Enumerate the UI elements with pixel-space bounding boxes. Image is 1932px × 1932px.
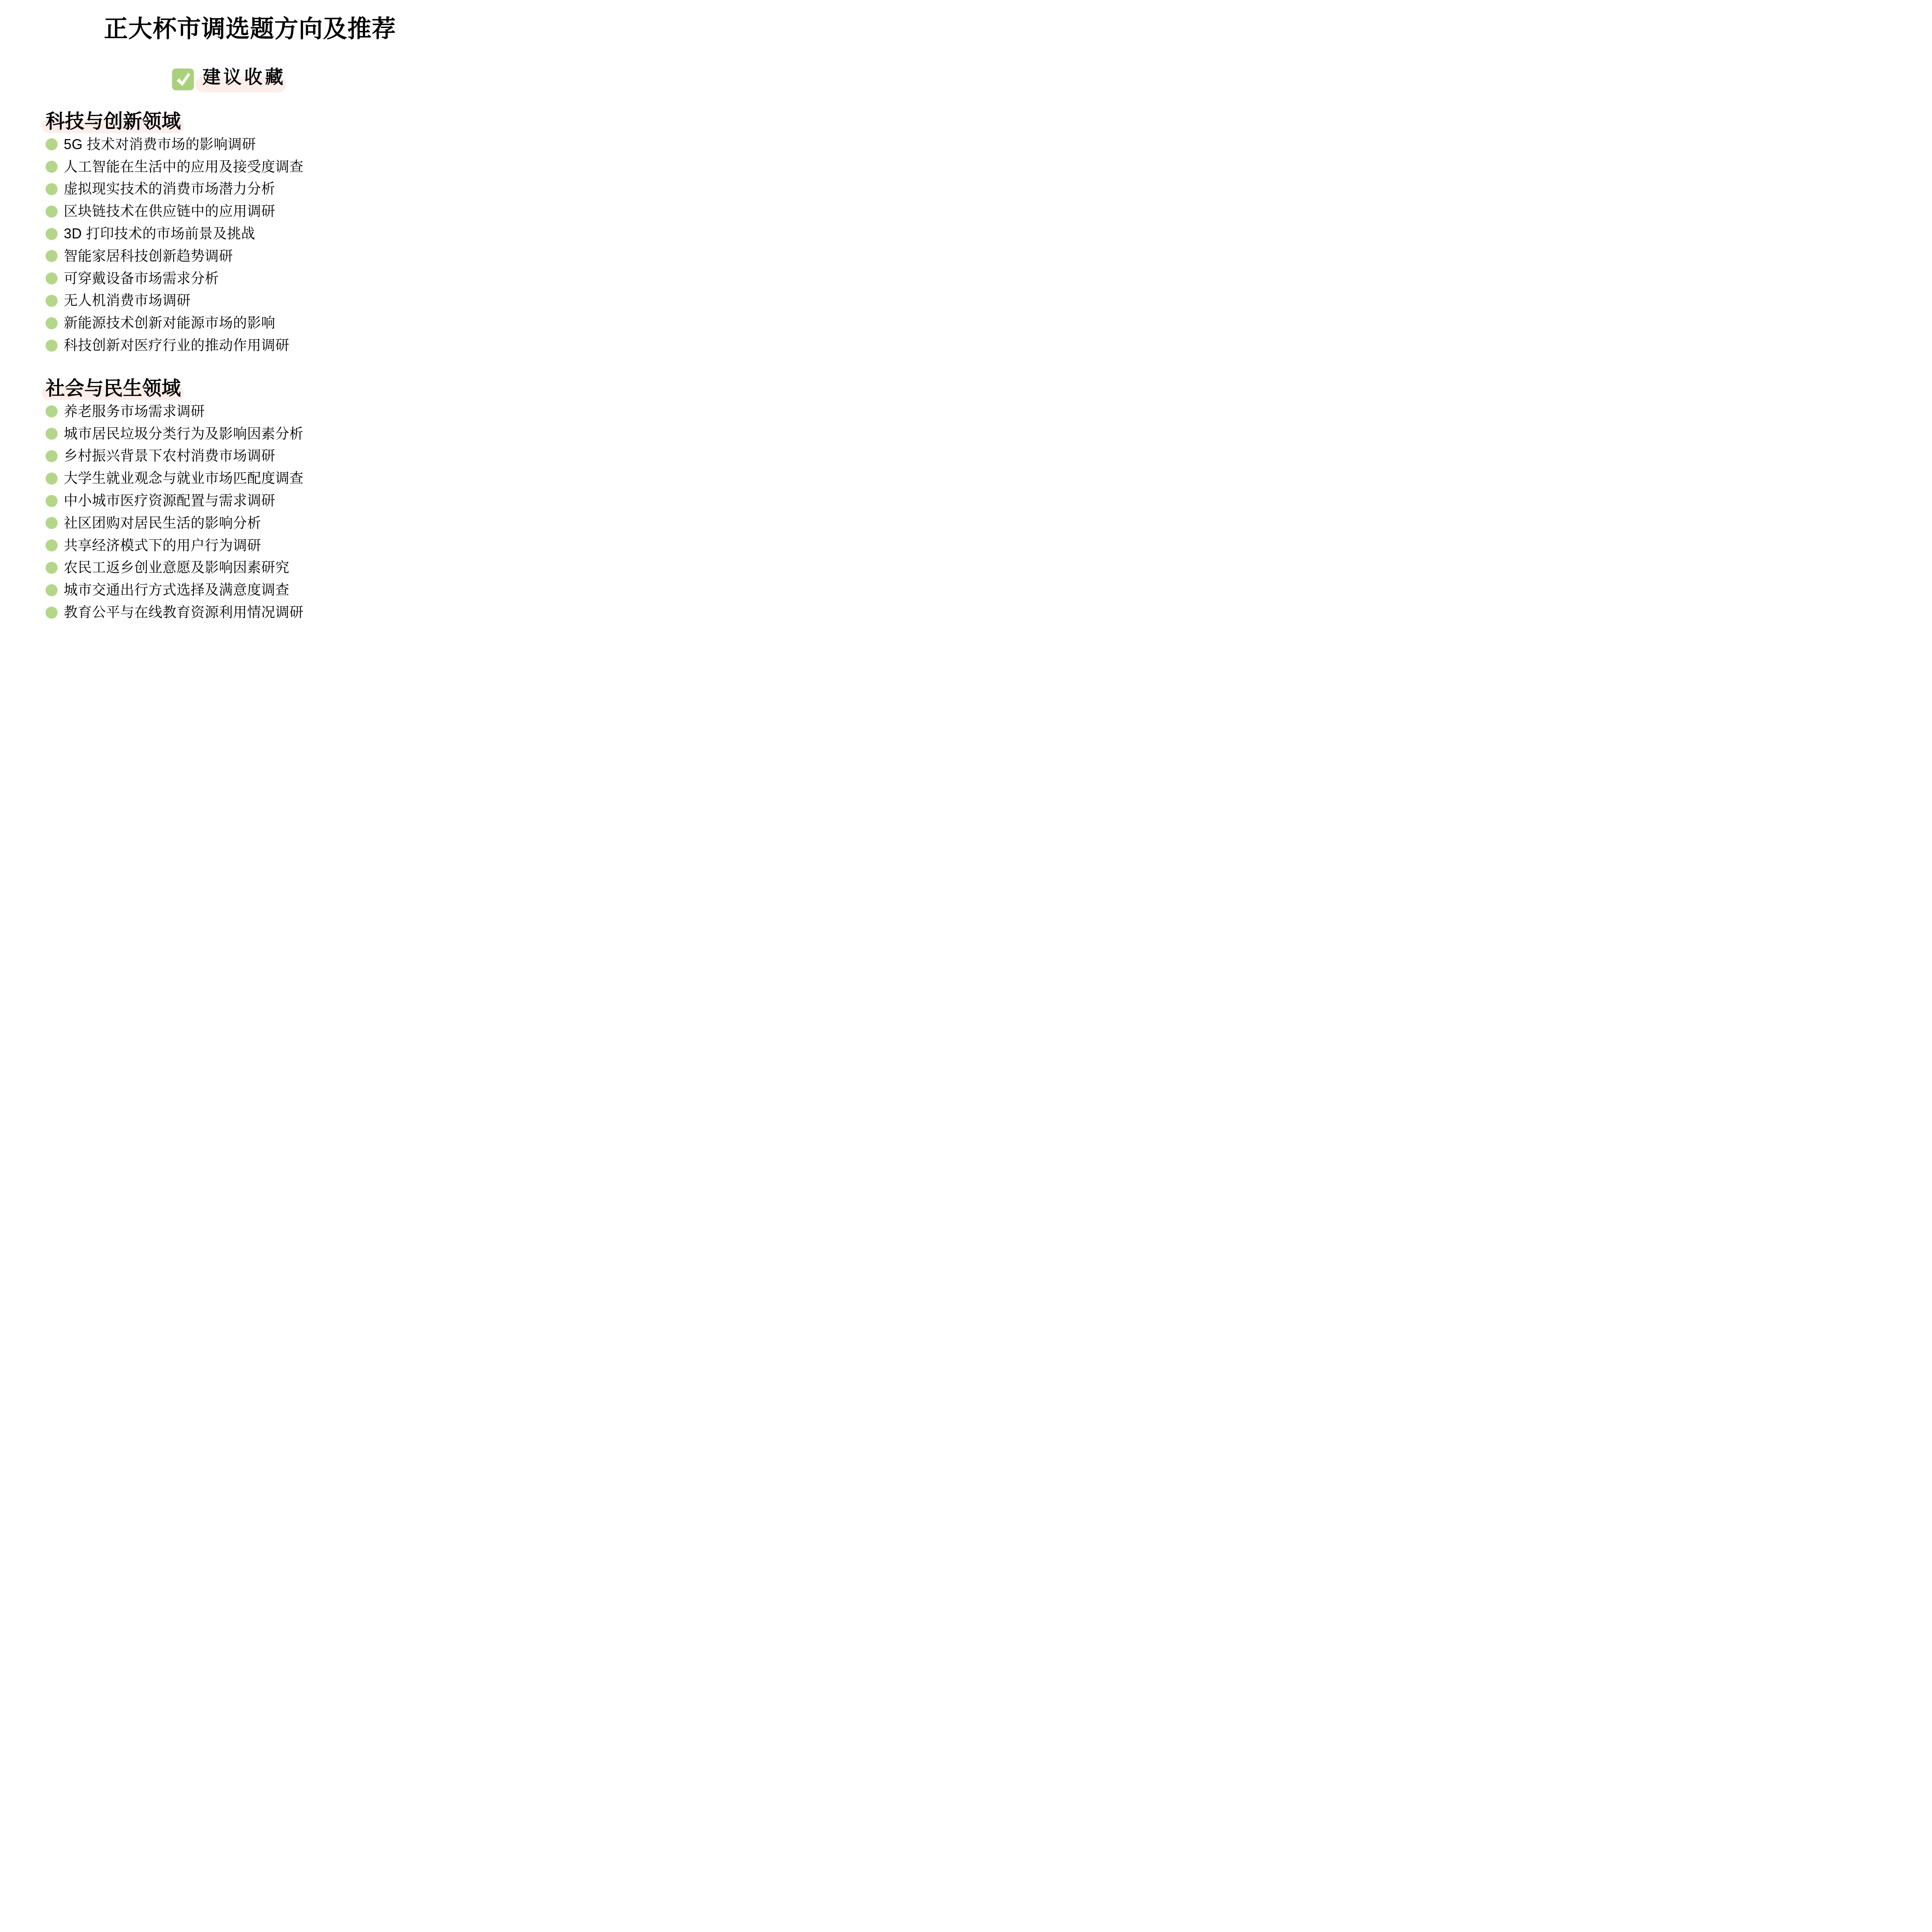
list-item: 共享经济模式下的用户行为调研 bbox=[46, 534, 500, 557]
list-item: 可穿戴设备市场需求分析 bbox=[46, 267, 500, 290]
bullet-icon bbox=[46, 495, 58, 507]
bullet-icon bbox=[46, 450, 58, 462]
list-item-text: 中小城市医疗资源配置与需求调研 bbox=[64, 494, 276, 508]
list-item: 区块链技术在供应链中的应用调研 bbox=[46, 200, 500, 223]
bullet-icon bbox=[46, 161, 58, 173]
list-item: 人工智能在生活中的应用及接受度调查 bbox=[46, 156, 500, 178]
list-item: 社区团购对居民生活的影响分析 bbox=[46, 512, 500, 534]
bookmark-badge: 建议收藏 bbox=[0, 68, 479, 92]
list-item-text: 养老服务市场需求调研 bbox=[64, 405, 205, 418]
section-title-society: 社会与民生领域 bbox=[46, 378, 181, 399]
bullet-icon bbox=[46, 562, 58, 574]
bullet-icon bbox=[46, 272, 58, 284]
list-item: 教育公平与在线教育资源利用情况调研 bbox=[46, 601, 500, 624]
bullet-icon bbox=[46, 405, 58, 417]
bullet-icon bbox=[46, 183, 58, 195]
list-item-text: 无人机消费市场调研 bbox=[64, 294, 191, 308]
list-item-text: 区块链技术在供应链中的应用调研 bbox=[64, 204, 276, 218]
bullet-icon bbox=[46, 250, 58, 262]
list-item: 城市居民垃圾分类行为及影响因素分析 bbox=[46, 423, 500, 445]
bullet-icon bbox=[46, 584, 58, 596]
bullet-icon bbox=[46, 473, 58, 485]
bookmark-badge-label: 建议收藏 bbox=[202, 67, 286, 86]
list-item-text: 乡村振兴背景下农村消费市场调研 bbox=[64, 449, 276, 463]
list-item: 大学生就业观念与就业市场匹配度调查 bbox=[46, 467, 500, 490]
list-item: 养老服务市场需求调研 bbox=[46, 400, 500, 423]
list-item: 中小城市医疗资源配置与需求调研 bbox=[46, 490, 500, 512]
list-item-text: 共享经济模式下的用户行为调研 bbox=[64, 539, 261, 553]
section-tech: 科技与创新领域 5G 技术对消费市场的影响调研 人工智能在生活中的应用及接受度调… bbox=[46, 111, 500, 357]
list-item: 新能源技术创新对能源市场的影响 bbox=[46, 312, 500, 334]
list-item-text: 5G 技术对消费市场的影响调研 bbox=[64, 138, 256, 151]
list-item-text: 可穿戴设备市场需求分析 bbox=[64, 272, 219, 286]
list-item-text: 人工智能在生活中的应用及接受度调查 bbox=[64, 160, 304, 174]
list-item-text: 新能源技术创新对能源市场的影响 bbox=[64, 316, 276, 330]
page-title: 正大杯市调选题方向及推荐 bbox=[0, 0, 500, 43]
section-society: 社会与民生领域 养老服务市场需求调研 城市居民垃圾分类行为及影响因素分析 乡村振… bbox=[46, 378, 500, 624]
bullet-icon bbox=[46, 228, 58, 240]
section-title-tech: 科技与创新领域 bbox=[46, 111, 181, 132]
checkmark-icon bbox=[172, 68, 194, 91]
list-item: 虚拟现实技术的消费市场潜力分析 bbox=[46, 178, 500, 201]
bullet-icon bbox=[46, 138, 58, 150]
bullet-icon bbox=[46, 206, 58, 218]
topic-list-society: 养老服务市场需求调研 城市居民垃圾分类行为及影响因素分析 乡村振兴背景下农村消费… bbox=[46, 400, 500, 624]
bullet-icon bbox=[46, 607, 58, 619]
list-item-text: 科技创新对医疗行业的推动作用调研 bbox=[64, 338, 289, 352]
list-item: 无人机消费市场调研 bbox=[46, 290, 500, 312]
bullet-icon bbox=[46, 295, 58, 307]
topic-list-tech: 5G 技术对消费市场的影响调研 人工智能在生活中的应用及接受度调查 虚拟现实技术… bbox=[46, 133, 500, 357]
list-item-text: 教育公平与在线教育资源利用情况调研 bbox=[64, 605, 304, 619]
bullet-icon bbox=[46, 517, 58, 529]
page: 正大杯市调选题方向及推荐 建议收藏 科技与创新领域 5G 技术对消费市场的影响调… bbox=[0, 0, 500, 665]
list-item: 农民工返乡创业意愿及影响因素研究 bbox=[46, 557, 500, 579]
list-item-text: 城市居民垃圾分类行为及影响因素分析 bbox=[64, 427, 304, 441]
list-item: 智能家居科技创新趋势调研 bbox=[46, 245, 500, 267]
list-item-text: 社区团购对居民生活的影响分析 bbox=[64, 516, 261, 530]
list-item-text: 城市交通出行方式选择及满意度调查 bbox=[64, 583, 289, 597]
list-item: 科技创新对医疗行业的推动作用调研 bbox=[46, 334, 500, 357]
bullet-icon bbox=[46, 428, 58, 440]
list-item: 5G 技术对消费市场的影响调研 bbox=[46, 133, 500, 156]
bullet-icon bbox=[46, 539, 58, 551]
list-item-text: 农民工返乡创业意愿及影响因素研究 bbox=[64, 561, 289, 575]
list-item-text: 智能家居科技创新趋势调研 bbox=[64, 249, 233, 263]
list-item: 乡村振兴背景下农村消费市场调研 bbox=[46, 445, 500, 468]
bullet-icon bbox=[46, 340, 58, 352]
list-item-text: 大学生就业观念与就业市场匹配度调查 bbox=[64, 471, 304, 485]
list-item-text: 虚拟现实技术的消费市场潜力分析 bbox=[64, 182, 276, 196]
list-item-text: 3D 打印技术的市场前景及挑战 bbox=[64, 227, 255, 241]
list-item: 3D 打印技术的市场前景及挑战 bbox=[46, 223, 500, 245]
bullet-icon bbox=[46, 317, 58, 329]
list-item: 城市交通出行方式选择及满意度调查 bbox=[46, 579, 500, 601]
